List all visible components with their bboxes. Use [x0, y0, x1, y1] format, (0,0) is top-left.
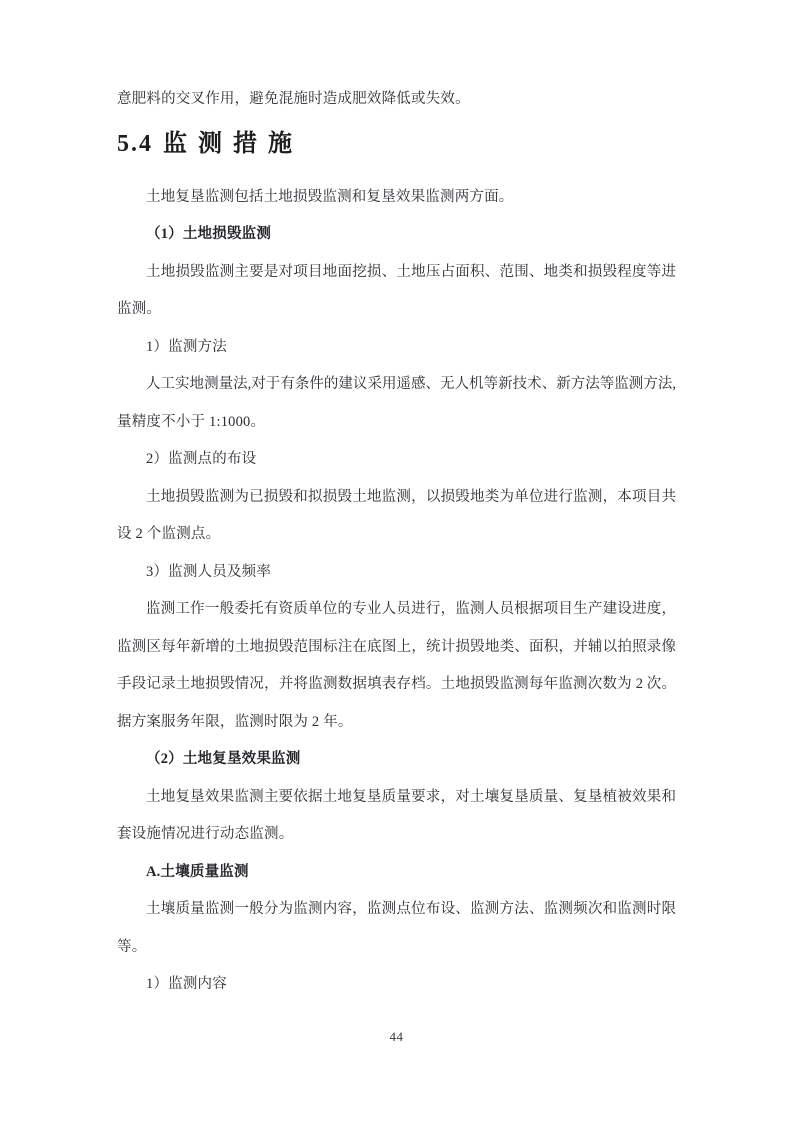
section-heading-text: 监测措施	[163, 130, 303, 157]
section-heading: 5.4监测措施	[117, 126, 676, 162]
list-item-monitoring-points: 2）监测点的布设	[117, 441, 676, 479]
paragraph-line: 土地复垦效果监测主要依据土地复垦质量要求，对土壤复垦质量、复垦植被效果和配	[117, 779, 676, 817]
list-item-monitoring-method: 1）监测方法	[117, 329, 676, 367]
paragraph-line: 监测。	[117, 291, 676, 329]
subheading-reclamation-effect-monitoring: （2）土地复垦效果监测	[117, 741, 676, 779]
paragraph-continuation-line: 意肥料的交叉作用，避免混施时造成肥效降低或失效。	[117, 81, 676, 119]
paragraph-line: 套设施情况进行动态监测。	[117, 816, 676, 854]
paragraph-line: 土地损毁监测为已损毁和拟损毁土地监测，以损毁地类为单位进行监测，本项目共布	[117, 479, 676, 517]
document-page: 意肥料的交叉作用，避免混施时造成肥效降低或失效。 5.4监测措施 土地复垦监测包…	[0, 0, 793, 1121]
paragraph-line: 手段记录土地损毁情况，并将监测数据填表存档。土地损毁监测每年监测次数为 2 次。…	[117, 666, 676, 704]
page-number: 44	[0, 1029, 793, 1045]
paragraph-line: 据方案服务年限，监测时限为 2 年。	[117, 704, 676, 742]
paragraph-line: 设 2 个监测点。	[117, 516, 676, 554]
paragraph-line: 人工实地测量法,对于有条件的建议采用遥感、无人机等新技术、新方法等监测方法,测	[117, 366, 676, 404]
section-heading-number: 5.4	[117, 131, 153, 157]
subheading-land-damage-monitoring: （1）土地损毁监测	[117, 216, 676, 254]
subheading-soil-quality-monitoring: A.土壤质量监测	[117, 854, 676, 892]
list-item-monitoring-content: 1）监测内容	[117, 966, 676, 1004]
list-item-monitoring-personnel: 3）监测人员及频率	[117, 554, 676, 592]
paragraph-line: 监测区每年新增的土地损毁范围标注在底图上，统计损毁地类、面积，并辅以拍照录像等	[117, 629, 676, 667]
paragraph-line: 土壤质量监测一般分为监测内容，监测点位布设、监测方法、监测频次和监测时限	[117, 891, 676, 929]
paragraph-line: 等。	[117, 929, 676, 967]
page-body-text: 意肥料的交叉作用，避免混施时造成肥效降低或失效。 5.4监测措施 土地复垦监测包…	[117, 81, 676, 1004]
paragraph-line: 土地损毁监测主要是对项目地面挖损、土地压占面积、范围、地类和损毁程度等进行	[117, 254, 676, 292]
intro-paragraph-line: 土地复垦监测包括土地损毁监测和复垦效果监测两方面。	[117, 179, 676, 217]
paragraph-line: 监测工作一般委托有资质单位的专业人员进行，监测人员根据项目生产建设进度，将	[117, 591, 676, 629]
paragraph-line: 量精度不小于 1:1000。	[117, 404, 676, 442]
